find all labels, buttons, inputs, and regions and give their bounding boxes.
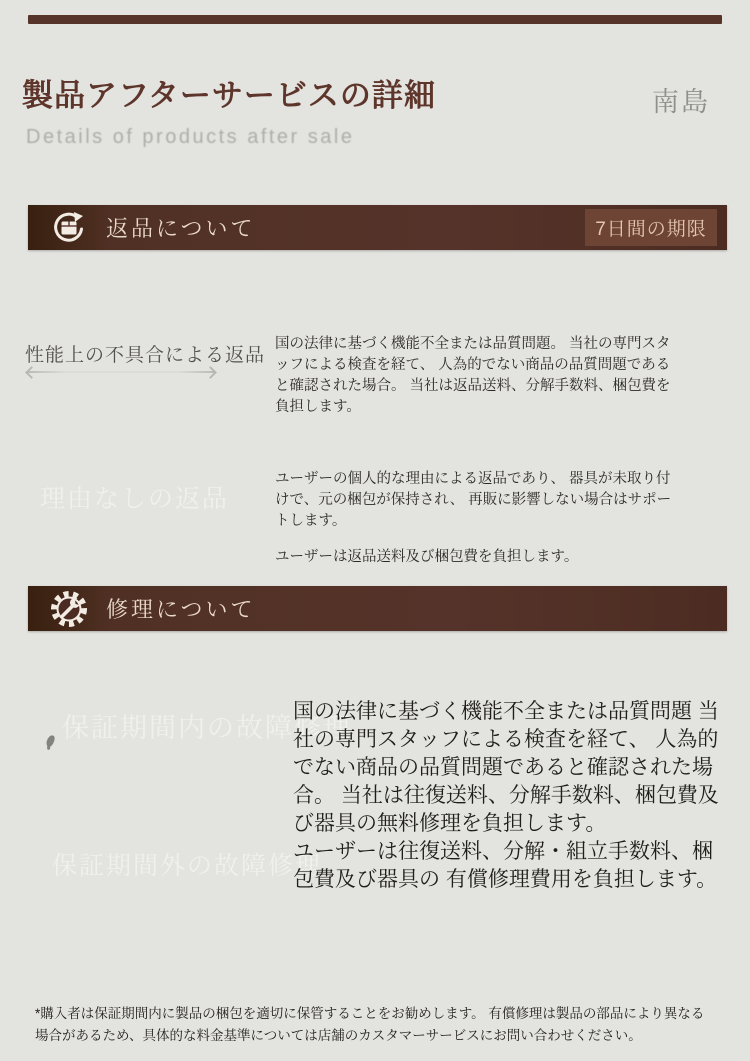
returns-section-banner: 返品について 7日間の期限: [28, 205, 727, 250]
row-label-out-warranty-repair: 保証期間外の故障修理: [52, 846, 322, 882]
page-subtitle: Details of products after sale: [26, 126, 354, 149]
row-label-no-reason-return: 理由なしの返品: [40, 479, 229, 515]
row-label-defect-return: 性能上の不具合による返品: [25, 340, 265, 367]
decorative-arrow-line: [28, 371, 214, 373]
description-paragraph: ユーザーは返品送料及び梱包費を負担します。: [275, 547, 675, 568]
repairs-section-heading: 修理について: [106, 593, 256, 624]
out-warranty-repair-description: ユーザーは往復送料、分解・組立手数料、梱包費及び器具の 有償修理費用を負担します…: [293, 838, 731, 894]
return-box-icon: [48, 208, 90, 248]
in-warranty-repair-description: 国の法律に基づく機能不全または品質問題 当社の専門スタッフによる検査を経て、 人…: [293, 698, 731, 838]
description-paragraph: 国の法律に基づく機能不全または品質問題 当社の専門スタッフによる検査を経て、 人…: [293, 698, 731, 838]
footnote: *購入者は保証期間内に製品の梱包を適切に保管することをお勧めします。 有償修理は…: [35, 1003, 717, 1046]
gear-wrench-icon: [48, 589, 90, 629]
cursor-artifact: [45, 734, 55, 748]
defect-return-description: 国の法律に基づく機能不全または品質問題。 当社の専門スタッフによる検査を経て、 …: [275, 334, 675, 418]
description-paragraph: ユーザーの個人的な理由による返品であり、 器具が未取り付けで、元の梱包が保持され…: [275, 469, 675, 532]
after-service-page: 製品アフターサービスの詳細 南島 Details of products aft…: [0, 0, 750, 1061]
brand-name: 南島: [652, 80, 710, 119]
no-reason-return-description: ユーザーの個人的な理由による返品であり、 器具が未取り付けで、元の梱包が保持され…: [275, 469, 675, 568]
page-title: 製品アフターサービスの詳細: [22, 70, 436, 115]
description-paragraph: ユーザーは往復送料、分解・組立手数料、梱包費及び器具の 有償修理費用を負担します…: [293, 838, 731, 894]
returns-deadline-badge: 7日間の期限: [585, 209, 717, 246]
repairs-section-banner: 修理について: [28, 586, 727, 631]
description-paragraph: 国の法律に基づく機能不全または品質問題。 当社の専門スタッフによる検査を経て、 …: [275, 334, 675, 418]
returns-section-heading: 返品について: [106, 212, 256, 243]
top-accent-bar: [28, 15, 722, 24]
